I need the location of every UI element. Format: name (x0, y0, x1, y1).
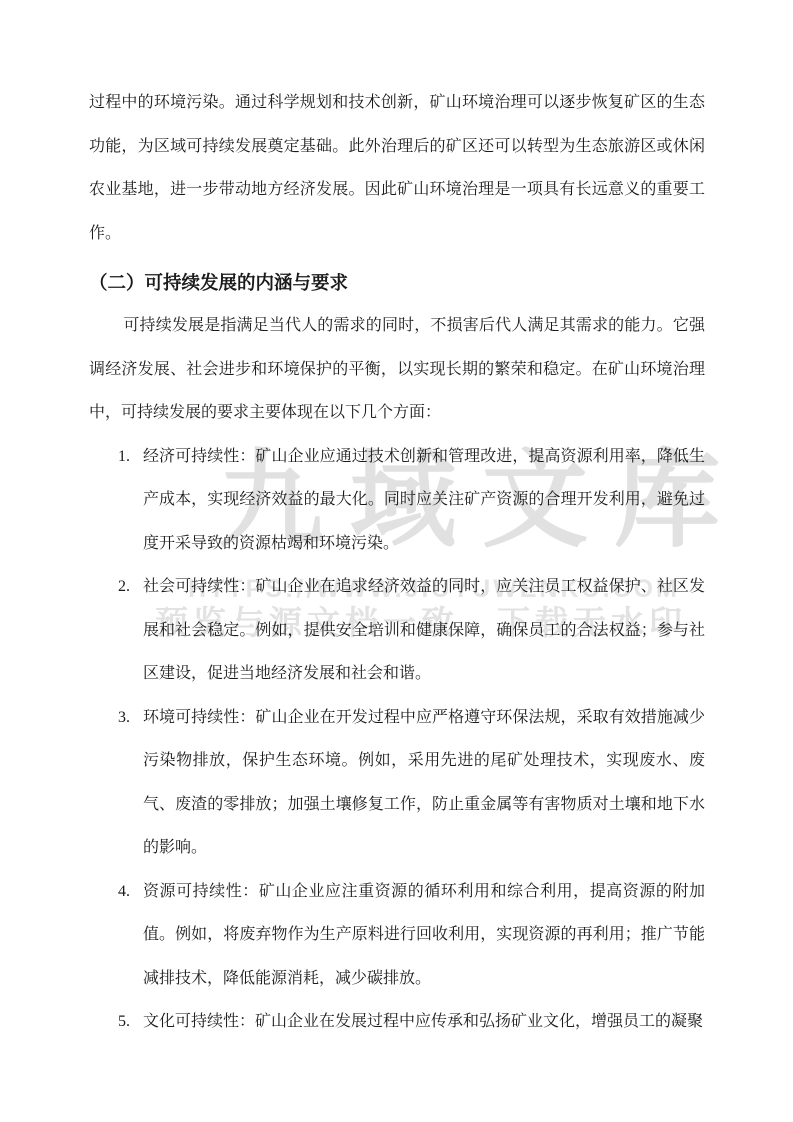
section-intro-paragraph: 可持续发展是指满足当代人的需求的同时，不损害后代人满足其需求的能力。它强调经济发… (89, 304, 705, 435)
list-item-text: 经济可持续性：矿山企业应通过技术创新和管理改进，提高资源利用率，降低生产成本，实… (143, 435, 705, 566)
document-page: 九域文库 HTTPS://WWW.JIUYUWENKU.COM 预览与源文档一致… (0, 0, 793, 1122)
list-item: 3. 环境可持续性：矿山企业在开发过程中应严格遵守环保法规，采取有效措施减少污染… (89, 696, 705, 870)
list-item-number: 5. (118, 1000, 143, 1044)
list-item-text: 资源可持续性：矿山企业应注重资源的循环利用和综合利用，提高资源的附加值。例如，将… (143, 870, 705, 1001)
intro-paragraph: 过程中的环境污染。通过科学规划和技术创新，矿山环境治理可以逐步恢复矿区的生态功能… (89, 81, 705, 255)
list-item-number: 2. (118, 565, 143, 609)
list-item-number: 1. (118, 435, 143, 479)
list-item-number: 4. (118, 870, 143, 914)
list-item-text: 社会可持续性：矿山企业在追求经济效益的同时，应关注员工权益保护、社区发展和社会稳… (143, 565, 705, 696)
list-item: 4. 资源可持续性：矿山企业应注重资源的循环利用和综合利用，提高资源的附加值。例… (89, 870, 705, 1001)
document-body: 过程中的环境污染。通过科学规划和技术创新，矿山环境治理可以逐步恢复矿区的生态功能… (0, 0, 793, 1044)
list-item: 5. 文化可持续性：矿山企业在发展过程中应传承和弘扬矿业文化，增强员工的凝聚 (89, 1000, 705, 1044)
list-item-text: 环境可持续性：矿山企业在开发过程中应严格遵守环保法规，采取有效措施减少污染物排放… (143, 696, 705, 870)
list-item-text: 文化可持续性：矿山企业在发展过程中应传承和弘扬矿业文化，增强员工的凝聚 (143, 1000, 705, 1044)
list-item-number: 3. (118, 696, 143, 740)
list-item: 2. 社会可持续性：矿山企业在追求经济效益的同时，应关注员工权益保护、社区发展和… (89, 565, 705, 696)
sustainability-list: 1. 经济可持续性：矿山企业应通过技术创新和管理改进，提高资源利用率，降低生产成… (89, 435, 705, 1044)
section-heading: （二）可持续发展的内涵与要求 (89, 268, 705, 298)
list-item: 1. 经济可持续性：矿山企业应通过技术创新和管理改进，提高资源利用率，降低生产成… (89, 435, 705, 566)
